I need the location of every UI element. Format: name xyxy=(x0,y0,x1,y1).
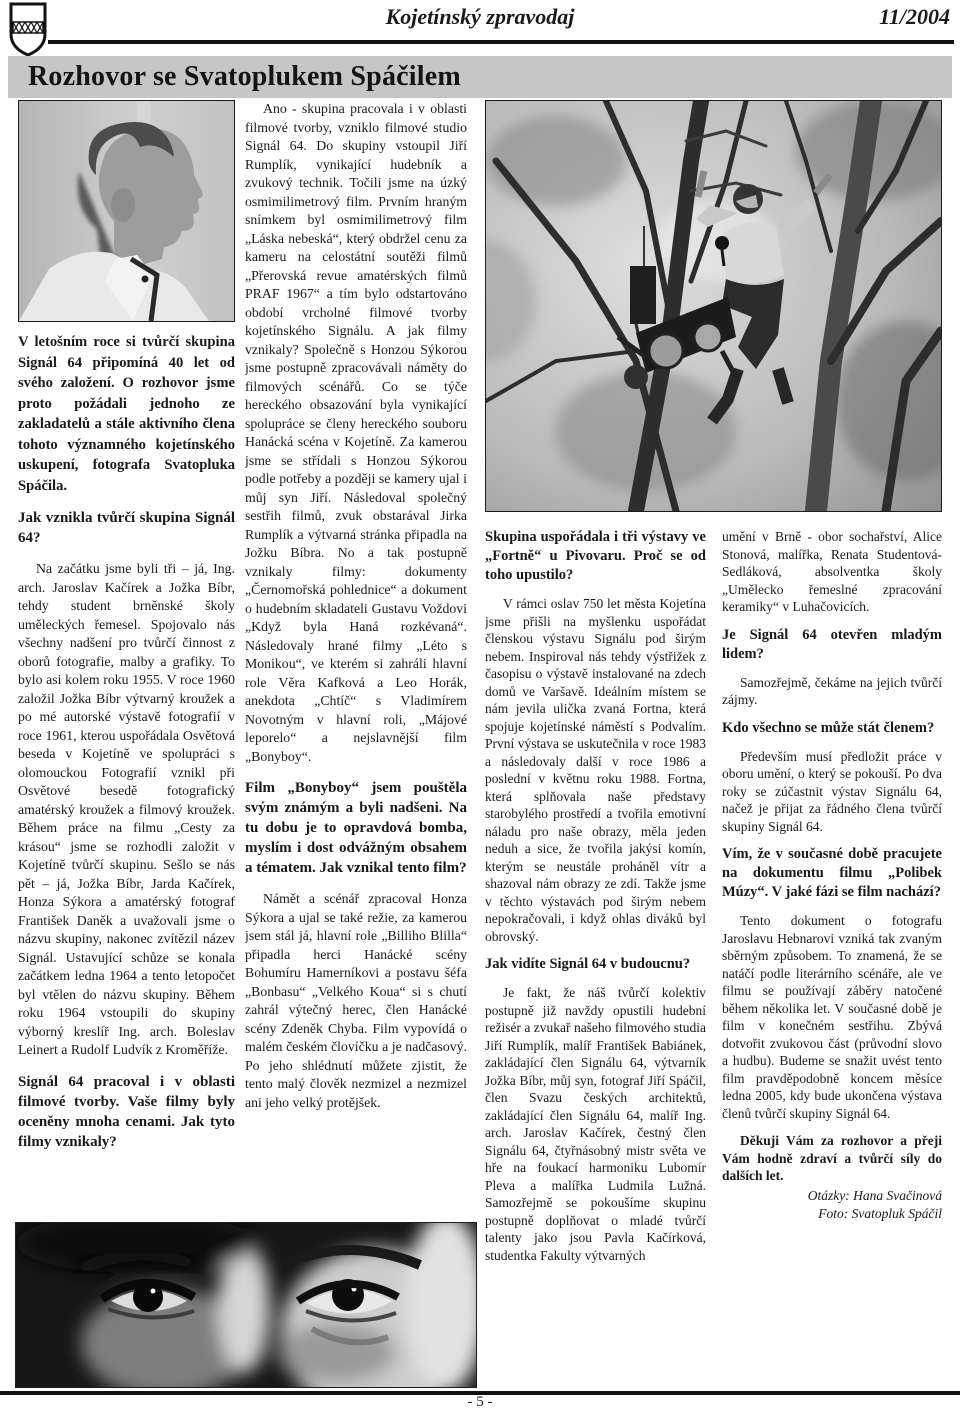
credit-questions: Otázky: Hana Svačinová xyxy=(722,1187,942,1205)
answer-film-studio: Ano - skupina pracovala i v oblasti film… xyxy=(245,100,467,766)
answer-future-continued: umění v Brně - obor sochařství, Alice St… xyxy=(722,528,942,616)
article-title-bar: Rozhovor se Svatoplukem Spáčilem xyxy=(8,56,952,98)
masthead-rule xyxy=(48,40,954,44)
credit-photo: Foto: Svatopluk Spáčil xyxy=(722,1205,942,1223)
question-current-film: Vím, že v současné době pracujete na dok… xyxy=(722,845,942,902)
question-bonyboy: Film „Bonyboy“ jsem pouštěla svým známým… xyxy=(245,778,467,878)
column-2: Ano - skupina pracovala i v oblasti film… xyxy=(245,100,467,1222)
question-exhibitions: Skupina uspořádala i tři výstavy ve „For… xyxy=(485,528,706,585)
newsletter-page: Kojetínský zpravodaj 11/2004 Rozhovor se… xyxy=(0,0,960,1413)
question-future: Jak vidíte Signál 64 v budoucnu? xyxy=(485,955,706,974)
question-membership: Kdo všechno se může stát členem? xyxy=(722,719,942,738)
answer-current-film: Tento dokument o fotografu Jaroslavu Heb… xyxy=(722,912,942,1122)
newsletter-title: Kojetínský zpravodaj xyxy=(0,4,960,30)
answer-future: Je fakt, že náš tvůrčí kolektiv postupně… xyxy=(485,984,706,1264)
answer-exhibitions: V rámci oslav 750 let města Kojetína jsm… xyxy=(485,595,706,945)
question-open-to-young: Je Signál 64 otevřen mladým lidem? xyxy=(722,626,942,664)
issue-number: 11/2004 xyxy=(879,4,950,30)
column-1: V letošním roce si tvůrčí skupina Signál… xyxy=(18,100,235,1218)
portrait-photo xyxy=(18,100,235,322)
column-4: umění v Brně - obor sochařství, Alice St… xyxy=(722,528,942,1390)
eyes-photo xyxy=(15,1222,477,1388)
closing-thanks: Děkuji Vám za rozhovor a přeji Vám hodně… xyxy=(722,1132,942,1185)
page-number: - 5 - xyxy=(0,1394,960,1411)
intro-paragraph: V letošním roce si tvůrčí skupina Signál… xyxy=(18,332,235,496)
answer-bonyboy: Námět a scénář zpracoval Honza Sýkora a … xyxy=(245,890,467,1112)
question-films: Signál 64 pracoval i v oblasti filmové t… xyxy=(18,1072,235,1152)
column-3: Skupina uspořádala i tři výstavy ve „For… xyxy=(485,528,706,1390)
answer-open-to-young: Samozřejmě, čekáme na jejich tvůrčí zájm… xyxy=(722,674,942,709)
answer-membership: Především musí předložit práce v oboru u… xyxy=(722,748,942,836)
question-founding: Jak vznikla tvůrčí skupina Signál 64? xyxy=(18,508,235,548)
tree-photo xyxy=(485,100,942,512)
article-title: Rozhovor se Svatoplukem Spáčilem xyxy=(28,61,461,93)
answer-founding: Na začátku jsme byli tři – já, Ing. arch… xyxy=(18,560,235,1060)
